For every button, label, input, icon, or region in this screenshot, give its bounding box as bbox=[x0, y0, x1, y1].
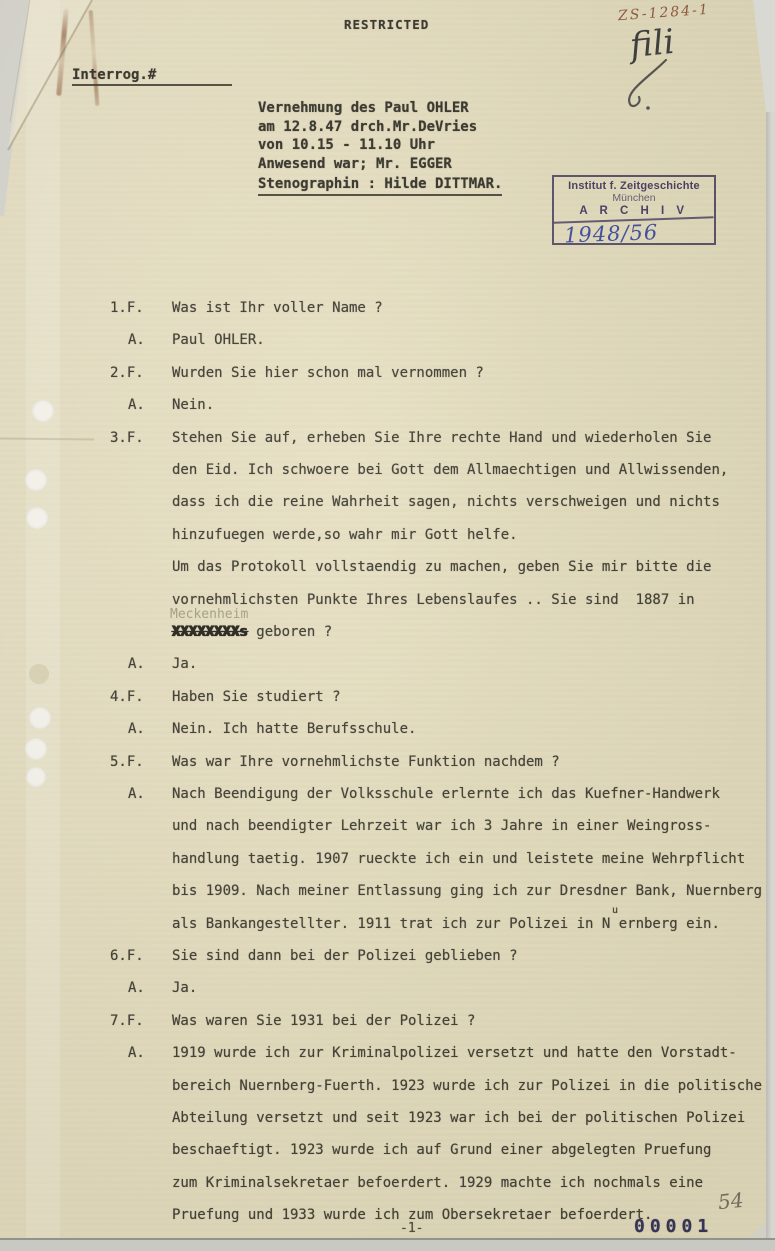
qa-text: 1919 wurde ich zur Kriminalpolizei verse… bbox=[172, 1045, 737, 1061]
scan-edge-right bbox=[766, 0, 775, 1251]
qa-text: Wurden Sie hier schon mal vernommen ? bbox=[172, 365, 484, 381]
qa-text: Was ist Ihr voller Name ? bbox=[172, 300, 383, 316]
qa-line: den Eid. Ich schwoere bei Gott dem Allma… bbox=[0, 462, 766, 480]
qa-line: A.Ja. bbox=[0, 980, 766, 998]
qa-label: 4.F. bbox=[110, 689, 144, 705]
qa-text: handlung taetig. 1907 rueckte ich ein un… bbox=[172, 851, 745, 867]
overtyped-correction: Meckenheim bbox=[170, 607, 248, 622]
scanned-document-page: RESTRICTED ZS-1284-1 fili Interrog.# Ver… bbox=[0, 0, 775, 1251]
qa-line: 6.F.Sie sind dann bei der Polizei geblie… bbox=[0, 948, 766, 966]
strikeout-word: XXXXXXXXs bbox=[172, 624, 248, 640]
qa-label: A. bbox=[128, 1045, 145, 1061]
qa-line: handlung taetig. 1907 rueckte ich ein un… bbox=[0, 851, 766, 869]
qa-line: dass ich die reine Wahrheit sagen, nicht… bbox=[0, 494, 766, 512]
qa-line: hinzufuegen werde,so wahr mir Gott helfe… bbox=[0, 527, 766, 545]
qa-line: 5.F.Was war Ihre vornehmlichste Funktion… bbox=[0, 754, 766, 772]
qa-line: 4.F.Haben Sie studiert ? bbox=[0, 689, 766, 707]
qa-label: A. bbox=[128, 721, 145, 737]
qa-transcript: 1.F.Was ist Ihr voller Name ?A.Paul OHLE… bbox=[0, 0, 775, 1251]
qa-label: A. bbox=[128, 656, 145, 672]
qa-text: hinzufuegen werde,so wahr mir Gott helfe… bbox=[172, 527, 518, 543]
qa-text: Nach Beendigung der Volksschule erlernte… bbox=[172, 786, 720, 802]
qa-line: A.Nein. Ich hatte Berufsschule. bbox=[0, 721, 766, 739]
qa-text: Um das Protokoll vollstaendig zu machen,… bbox=[172, 559, 711, 575]
qa-label: 5.F. bbox=[110, 754, 144, 770]
qa-text: bereich Nuernberg-Fuerth. 1923 wurde ich… bbox=[172, 1078, 762, 1094]
qa-text: bis 1909. Nach meiner Entlassung ging ic… bbox=[172, 883, 762, 899]
qa-label: 6.F. bbox=[110, 948, 144, 964]
qa-text: Abteilung versetzt und seit 1923 war ich… bbox=[172, 1110, 745, 1126]
qa-label: A. bbox=[128, 786, 145, 802]
typed-superscript-u: u bbox=[612, 905, 618, 916]
pencil-page-number: 54 bbox=[717, 1188, 745, 1215]
qa-line: XXXXXXXXs geboren ? bbox=[0, 624, 766, 642]
qa-label: 3.F. bbox=[110, 430, 144, 446]
qa-text: Nein. Ich hatte Berufsschule. bbox=[172, 721, 416, 737]
qa-label: A. bbox=[128, 980, 145, 996]
qa-label: A. bbox=[128, 397, 145, 413]
qa-text: vornehmlichsten Punkte Ihres Lebenslaufe… bbox=[172, 592, 695, 608]
qa-text: Nein. bbox=[172, 397, 214, 413]
qa-text: Haben Sie studiert ? bbox=[172, 689, 341, 705]
qa-line: 1.F.Was ist Ihr voller Name ? bbox=[0, 300, 766, 318]
paper-sheet: RESTRICTED ZS-1284-1 fili Interrog.# Ver… bbox=[0, 0, 766, 1238]
qa-text: zum Kriminalsekretaer befoerdert. 1929 m… bbox=[172, 1175, 703, 1191]
qa-text: Paul OHLER. bbox=[172, 332, 265, 348]
scan-edge-bottom bbox=[0, 1238, 775, 1251]
qa-line: A.Nach Beendigung der Volksschule erlern… bbox=[0, 786, 766, 804]
qa-text: XXXXXXXXs geboren ? bbox=[172, 624, 332, 640]
qa-label: 1.F. bbox=[110, 300, 144, 316]
qa-label: A. bbox=[128, 332, 145, 348]
qa-line: A.Ja. bbox=[0, 656, 766, 674]
qa-text: Was waren Sie 1931 bei der Polizei ? bbox=[172, 1013, 475, 1029]
qa-line: zum Kriminalsekretaer befoerdert. 1929 m… bbox=[0, 1175, 766, 1193]
qa-text: als Bankangestellter. 1911 trat ich zur … bbox=[172, 916, 720, 932]
document-serial-stamp: 00001 bbox=[634, 1216, 713, 1237]
qa-line: bereich Nuernberg-Fuerth. 1923 wurde ich… bbox=[0, 1078, 766, 1096]
qa-line: Abteilung versetzt und seit 1923 war ich… bbox=[0, 1110, 766, 1128]
qa-text: Ja. bbox=[172, 656, 197, 672]
qa-line: und nach beendigter Lehrzeit war ich 3 J… bbox=[0, 818, 766, 836]
qa-text: dass ich die reine Wahrheit sagen, nicht… bbox=[172, 494, 720, 510]
qa-label: 2.F. bbox=[110, 365, 144, 381]
qa-text: den Eid. Ich schwoere bei Gott dem Allma… bbox=[172, 462, 728, 478]
qa-line: beschaeftigt. 1923 wurde ich auf Grund e… bbox=[0, 1142, 766, 1160]
qa-text: Ja. bbox=[172, 980, 197, 996]
qa-line: 7.F.Was waren Sie 1931 bei der Polizei ? bbox=[0, 1013, 766, 1031]
qa-line: als Bankangestellter. 1911 trat ich zur … bbox=[0, 916, 766, 934]
qa-text: Was war Ihre vornehmlichste Funktion nac… bbox=[172, 754, 560, 770]
qa-line: 3.F.Stehen Sie auf, erheben Sie Ihre rec… bbox=[0, 430, 766, 448]
qa-text: Stehen Sie auf, erheben Sie Ihre rechte … bbox=[172, 430, 711, 446]
qa-text: und nach beendigter Lehrzeit war ich 3 J… bbox=[172, 818, 711, 834]
qa-line: A.1919 wurde ich zur Kriminalpolizei ver… bbox=[0, 1045, 766, 1063]
page-number: -1- bbox=[400, 1221, 423, 1236]
qa-text: beschaeftigt. 1923 wurde ich auf Grund e… bbox=[172, 1142, 711, 1158]
qa-line: bis 1909. Nach meiner Entlassung ging ic… bbox=[0, 883, 766, 901]
qa-line: vornehmlichsten Punkte Ihres Lebenslaufe… bbox=[0, 592, 766, 610]
qa-line: Um das Protokoll vollstaendig zu machen,… bbox=[0, 559, 766, 577]
qa-line: 2.F.Wurden Sie hier schon mal vernommen … bbox=[0, 365, 766, 383]
qa-line: A.Paul OHLER. bbox=[0, 332, 766, 350]
qa-text: Sie sind dann bei der Polizei geblieben … bbox=[172, 948, 518, 964]
qa-line: A.Nein. bbox=[0, 397, 766, 415]
qa-label: 7.F. bbox=[110, 1013, 144, 1029]
